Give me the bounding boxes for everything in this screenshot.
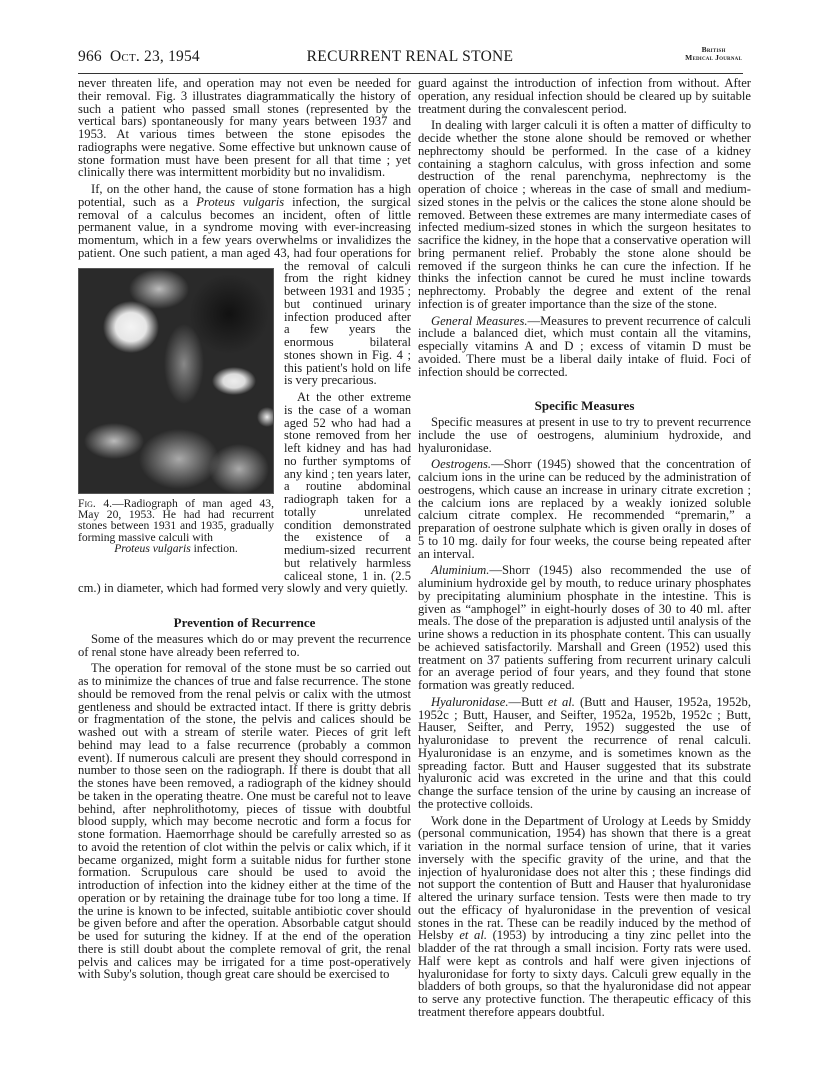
- paragraph: The operation for removal of the stone m…: [78, 662, 411, 981]
- paragraph: guard against the introduction of infect…: [418, 77, 751, 115]
- paragraph: Hyaluronidase.—Butt et al. (Butt and Hau…: [418, 696, 751, 811]
- text-run: (1953) by introducing a tiny zinc pellet…: [418, 928, 751, 1019]
- caption-text: infection.: [191, 542, 238, 555]
- radiograph-image: [78, 268, 274, 494]
- paragraph: never threaten life, and operation may n…: [78, 77, 411, 179]
- section-heading: Prevention of Recurrence: [78, 617, 411, 630]
- figure-caption: Fig. 4.—Radiograph of man aged 43, May 2…: [78, 498, 274, 554]
- paragraph: General Measures.—Measures to prevent re…: [418, 315, 751, 379]
- text-run: (Butt and Hauser, 1952a, 1952b, 1952c ; …: [418, 695, 751, 811]
- section-heading: Specific Measures: [418, 400, 751, 413]
- header-rule: [78, 73, 743, 74]
- paragraph: Oestrogens.—Shorr (1945) showed that the…: [418, 458, 751, 560]
- paragraph: Work done in the Department of Urology a…: [418, 815, 751, 1019]
- paragraph: In dealing with larger calculi it is oft…: [418, 119, 751, 310]
- text-run: —Shorr (1945) also recommended the use o…: [418, 563, 751, 692]
- caption-last-line: Proteus vulgaris infection.: [78, 543, 274, 554]
- figure-4: Fig. 4.—Radiograph of man aged 43, May 2…: [78, 268, 274, 554]
- page-header: 966 Oct. 23, 1954 RECURRENT RENAL STONE …: [78, 46, 742, 72]
- right-column: guard against the introduction of infect…: [418, 77, 751, 1019]
- paragraph: Specific measures at present in use to t…: [418, 416, 751, 454]
- text-run: Work done in the Department of Urology a…: [418, 814, 751, 943]
- italic-term: Proteus vulgaris: [114, 542, 191, 555]
- journal-name: BritishMedical Journal: [685, 46, 742, 62]
- running-title: RECURRENT RENAL STONE: [78, 48, 742, 66]
- text-run: —Shorr (1945) showed that the concentrat…: [418, 457, 751, 560]
- journal-name-line2: Medical Journal: [685, 53, 742, 62]
- paragraph: Aluminium.—Shorr (1945) also recommended…: [418, 564, 751, 692]
- paragraph: Some of the measures which do or may pre…: [78, 633, 411, 659]
